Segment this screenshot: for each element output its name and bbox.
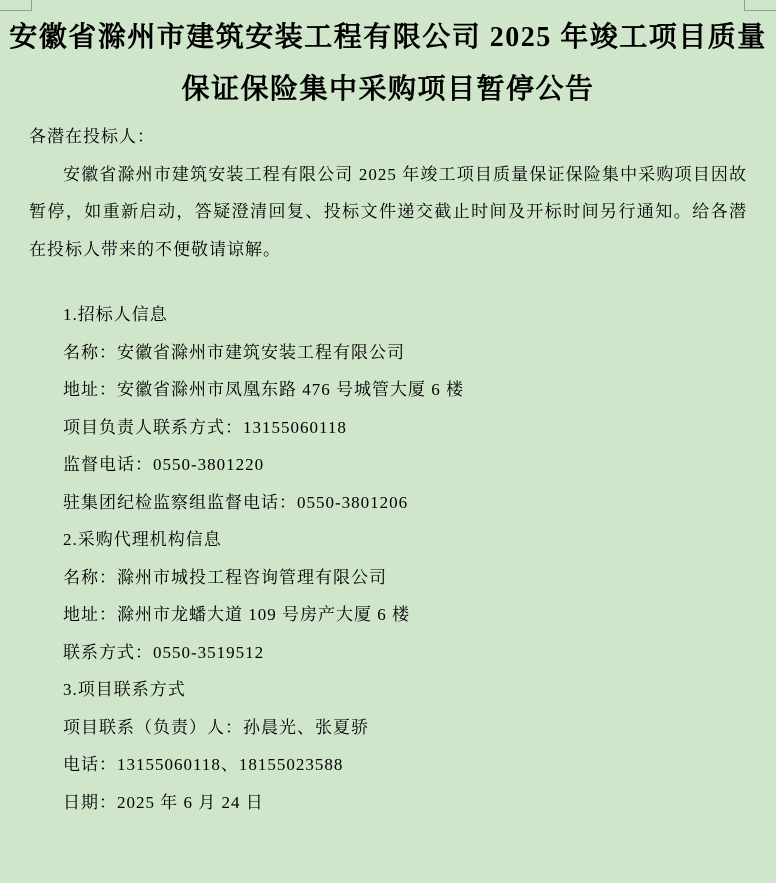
page-title-line-1: 安徽省滁州市建筑安装工程有限公司 2025 年竣工项目质量	[0, 12, 776, 64]
document-body: 各潜在投标人： 安徽省滁州市建筑安装工程有限公司 2025 年竣工项目质量保证保…	[0, 118, 776, 821]
blank-line-spacer	[29, 268, 747, 296]
agency-name-line: 名称：滁州市城投工程咨询管理有限公司	[29, 559, 747, 597]
section-1-heading: 1.招标人信息	[29, 296, 747, 334]
supervision-phone-line: 监督电话：0550-3801220	[29, 446, 747, 484]
discipline-inspection-phone-line: 驻集团纪检监察组监督电话：0550-3801206	[29, 484, 747, 522]
bidder-name-line: 名称：安徽省滁州市建筑安装工程有限公司	[29, 334, 747, 372]
page-title-line-2: 保证保险集中采购项目暂停公告	[0, 64, 776, 116]
date-line: 日期：2025 年 6 月 24 日	[29, 784, 747, 822]
section-2-heading: 2.采购代理机构信息	[29, 521, 747, 559]
section-3-heading: 3.项目联系方式	[29, 671, 747, 709]
page-title: 安徽省滁州市建筑安装工程有限公司 2025 年竣工项目质量 保证保险集中采购项目…	[0, 0, 776, 116]
agency-contact-line: 联系方式：0550-3519512	[29, 634, 747, 672]
suspension-notice-paragraph: 安徽省滁州市建筑安装工程有限公司 2025 年竣工项目质量保证保险集中采购项目因…	[29, 156, 747, 269]
announcement-page: 安徽省滁州市建筑安装工程有限公司 2025 年竣工项目质量 保证保险集中采购项目…	[0, 0, 776, 883]
bidder-address-line: 地址：安徽省滁州市凤凰东路 476 号城管大厦 6 楼	[29, 371, 747, 409]
project-contacts-line: 项目联系（负责）人：孙晨光、张夏骄	[29, 709, 747, 747]
project-manager-contact-line: 项目负责人联系方式：13155060118	[29, 409, 747, 447]
contact-phones-line: 电话：13155060118、18155023588	[29, 746, 747, 784]
agency-address-line: 地址：滁州市龙蟠大道 109 号房产大厦 6 楼	[29, 596, 747, 634]
salutation: 各潜在投标人：	[29, 118, 747, 156]
